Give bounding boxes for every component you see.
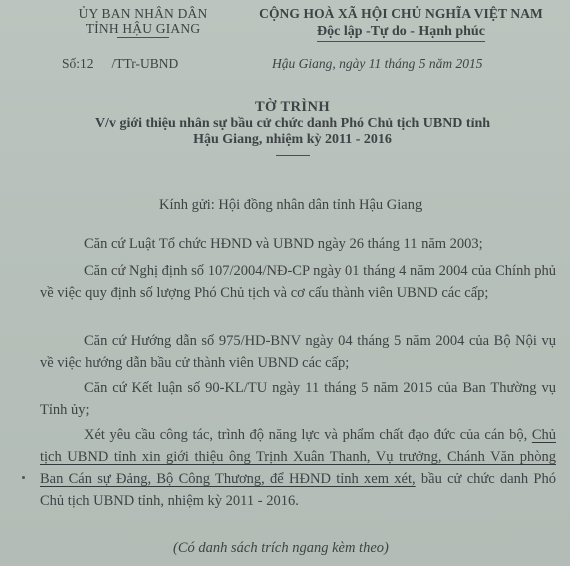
subject-line1: V/v giới thiệu nhân sự bầu cử chức danh … <box>40 116 545 132</box>
doc-number-prefix: Số:12 <box>62 56 94 71</box>
paragraph-legal-basis-1: Căn cứ Luật Tổ chức HĐND và UBND ngày 26… <box>40 233 556 255</box>
issuer-underline <box>117 37 169 38</box>
attachment-note: (Có danh sách trích ngang kèm theo) <box>173 540 389 557</box>
issuer-line1: ỦY BAN NHÂN DÂN <box>68 6 218 21</box>
issuer-block: ỦY BAN NHÂN DÂN TỈNH HẬU GIANG <box>68 6 218 38</box>
pen-mark <box>22 476 25 479</box>
document-page: ỦY BAN NHÂN DÂN TỈNH HẬU GIANG CỘNG HOÀ … <box>0 0 570 566</box>
issuer-line2: TỈNH HẬU GIANG <box>68 21 218 36</box>
paragraph-proposal: Xét yêu cầu công tác, trình độ năng lực … <box>40 424 556 512</box>
national-header: CỘNG HOÀ XÃ HỘI CHỦ NGHĨA VIỆT NAM Độc l… <box>236 6 566 42</box>
title-divider <box>276 155 310 156</box>
document-number: Số:12/TTr-UBND <box>62 56 178 72</box>
title-block: TỜ TRÌNH V/v giới thiệu nhân sự bầu cử c… <box>40 99 545 156</box>
nation-name: CỘNG HOÀ XÃ HỘI CHỦ NGHĨA VIỆT NAM <box>236 6 566 22</box>
place-date: Hậu Giang, ngày 11 tháng 5 năm 2015 <box>272 56 483 72</box>
paragraph-legal-basis-3: Căn cứ Hướng dẫn số 975/HD-BNV ngày 04 t… <box>40 330 556 374</box>
subject-line2: Hậu Giang, nhiệm kỳ 2011 - 2016 <box>40 132 545 148</box>
paragraph-legal-basis-4: Căn cứ Kết luận số 90-KL/TU ngày 11 thán… <box>40 377 556 421</box>
recipient: Kính gửi: Hội đồng nhân dân tỉnh Hậu Gia… <box>159 197 422 214</box>
paragraph-legal-basis-2: Căn cứ Nghị định số 107/2004/NĐ-CP ngày … <box>40 260 556 304</box>
document-type: TỜ TRÌNH <box>40 99 545 116</box>
national-motto: Độc lập -Tự do - Hạnh phúc <box>317 24 485 42</box>
doc-number-suffix: /TTr-UBND <box>112 56 179 71</box>
proposal-intro: Xét yêu cầu công tác, trình độ năng lực … <box>84 427 532 443</box>
